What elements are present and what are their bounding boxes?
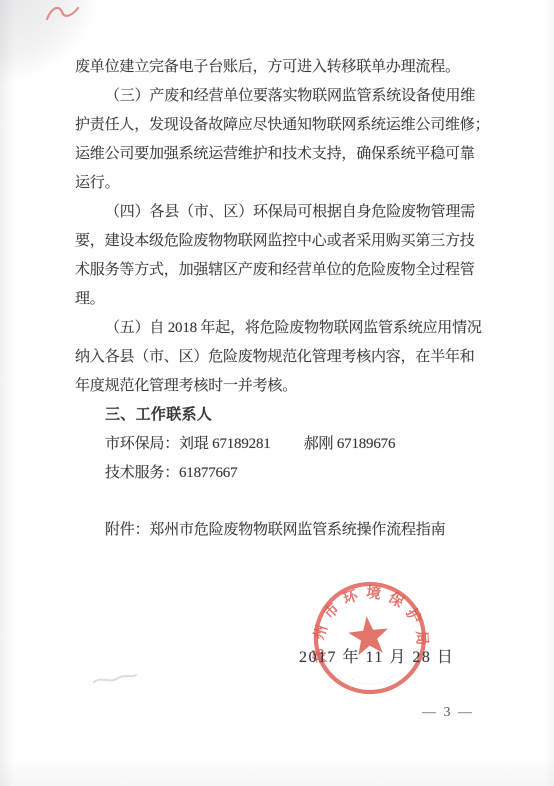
text-line: 要，建设本级危险废物物联网监控中心或者采用购买第三方技 xyxy=(75,227,495,256)
document-page: 废单位建立完备电子台账后，方可进入转移联单办理流程。（三）产废和经营单位要落实物… xyxy=(0,0,554,786)
text-line: 废单位建立完备电子台账后，方可进入转移联单办理流程。 xyxy=(75,53,495,82)
text-line: 运行。 xyxy=(75,169,495,198)
red-pen-mark-icon xyxy=(45,3,81,25)
text-line: （三）产废和经营单位要落实物联网监管系统设备使用维 xyxy=(75,82,495,111)
page-number: — 3 — xyxy=(422,705,474,721)
text-line: 年度规范化管理考核时一并考核。 xyxy=(75,372,495,401)
text-line: 护责任人，发现设备故障应尽快通知物联网系统运维公司维修； xyxy=(75,111,495,140)
text-line: 纳入各县（市、区）危险废物规范化管理考核内容，在半年和 xyxy=(75,343,495,372)
text-line: 术服务等方式，加强辖区产废和经营单位的危险废物全过程管 xyxy=(75,256,495,285)
text-line: 附件：郑州市危险废物物联网监管系统操作流程指南 xyxy=(75,516,495,545)
text-line: 理。 xyxy=(75,285,495,314)
text-line: 三、工作联系人 xyxy=(75,401,495,430)
text-line: （五）自 2018 年起，将危险废物物联网监管系统应用情况 xyxy=(75,314,495,343)
text-line: 技术服务：61877667 xyxy=(75,459,495,488)
document-body: 废单位建立完备电子台账后，方可进入转移联单办理流程。（三）产废和经营单位要落实物… xyxy=(75,53,495,545)
text-line: 运维公司要加强系统运营维护和技术支持，确保系统平稳可靠 xyxy=(75,140,495,169)
date-stamp: 2017 年 11 月 28 日 xyxy=(299,644,454,667)
official-seal: 郑州市环境保护局 · · · · · · · · · · · · · xyxy=(303,573,437,705)
text-line: 市环保局：刘琨 67189281 郝刚 67189676 xyxy=(75,430,495,459)
scan-smudge xyxy=(92,668,138,690)
text-line: （四）各县（市、区）环保局可根据自身危险废物管理需 xyxy=(75,198,495,227)
